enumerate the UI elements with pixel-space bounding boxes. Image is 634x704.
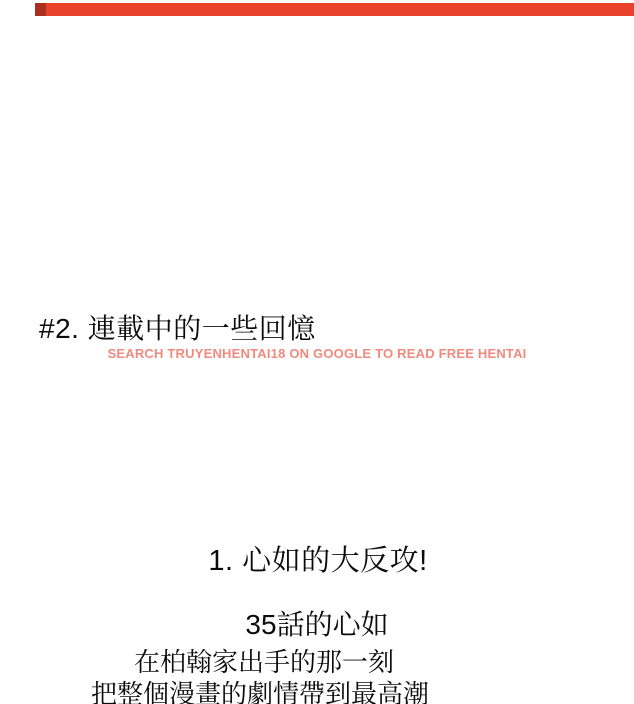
flashback-line: 在柏翰家出手的那一刻 <box>134 647 394 678</box>
flashback-line: 35話的心如 <box>245 608 388 641</box>
flashback-title: 1. 心如的大反攻! <box>208 544 427 578</box>
comic-page: #2. 連載中的一些回憶 SEARCH TRUYENHENTAI18 ON GO… <box>0 0 634 704</box>
reader-progress-bar <box>35 3 634 16</box>
chapter-heading: #2. 連載中的一些回憶 <box>39 312 316 346</box>
watermark-text: SEARCH TRUYENHENTAI18 ON GOOGLE TO READ … <box>0 346 634 361</box>
progress-bar-tip <box>35 3 46 16</box>
flashback-line: 把整個漫畫的劇情帶到最高潮 <box>91 679 429 704</box>
